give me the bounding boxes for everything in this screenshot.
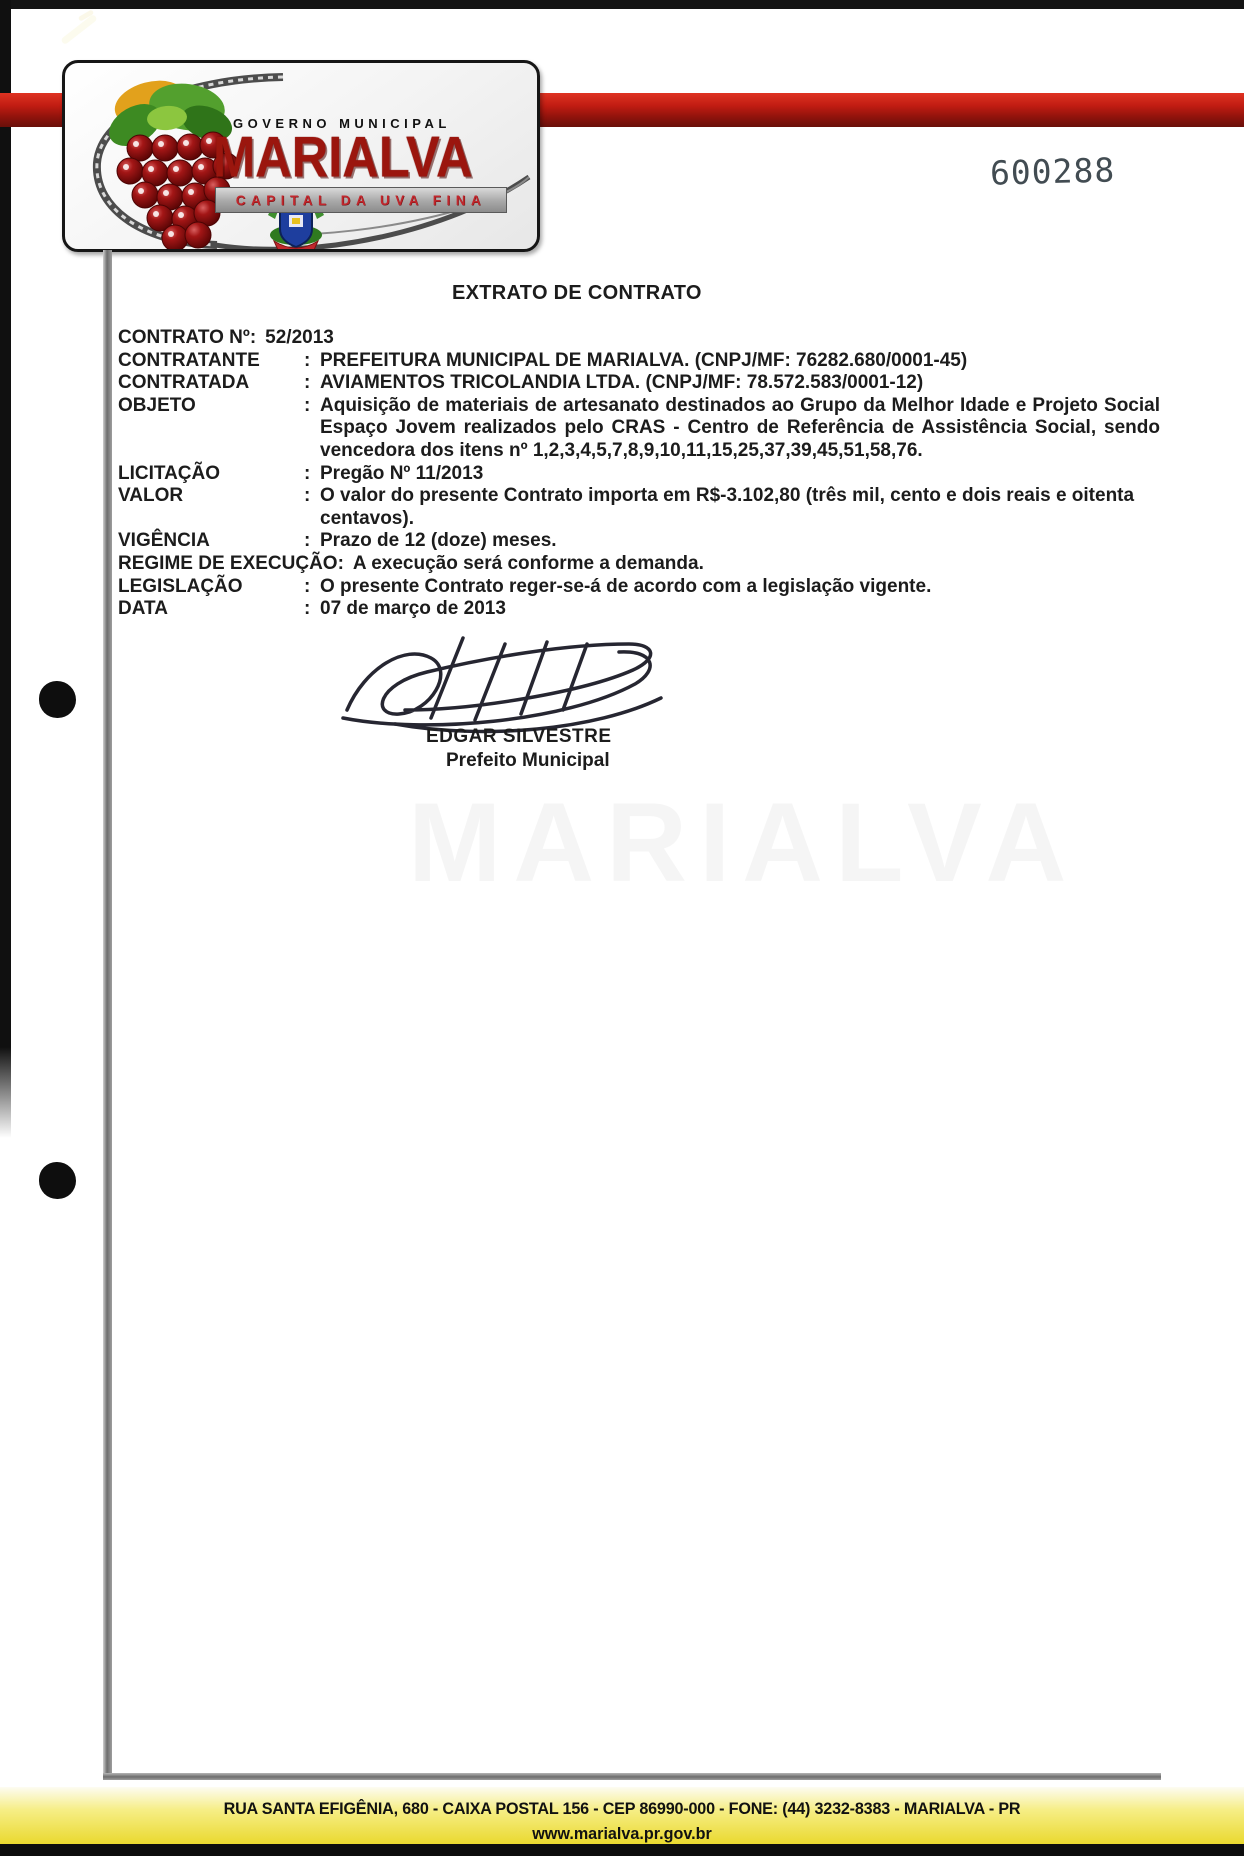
- row-contratante: CONTRATANTE : PREFEITURA MUNICIPAL DE MA…: [118, 350, 1160, 373]
- row-contrato-numero: CONTRATO Nº: 52/2013: [118, 327, 1160, 350]
- hole-punch-mark: [39, 681, 76, 718]
- row-regime-execucao: REGIME DE EXECUÇÃO: A execução será conf…: [118, 553, 1160, 576]
- logo-city-name: MARIALVA: [213, 123, 489, 190]
- page-title: EXTRATO DE CONTRATO: [452, 282, 702, 305]
- field-value: PREFEITURA MUNICIPAL DE MARIALVA. (CNPJ/…: [320, 350, 1160, 373]
- hole-punch-mark: [39, 1162, 76, 1199]
- field-colon: :: [304, 530, 320, 553]
- field-label: CONTRATO Nº:: [118, 327, 256, 350]
- row-objeto: OBJETO : Aquisição de materiais de artes…: [118, 395, 1160, 463]
- scanned-contract-page: GOVERNO MUNICIPAL MARIALVA CAPITAL DA UV…: [0, 0, 1244, 1856]
- scan-edge-left: [0, 0, 11, 1138]
- page-frame-bottom-line: [103, 1773, 1161, 1780]
- scan-edge-bottom: [0, 1844, 1244, 1856]
- field-colon: :: [304, 485, 320, 508]
- field-colon: :: [304, 350, 320, 373]
- logo-tagline: CAPITAL DA UVA FINA: [236, 193, 487, 208]
- field-value: O valor do presente Contrato importa em …: [320, 485, 1160, 530]
- field-label: CONTRATADA: [118, 372, 304, 395]
- row-licitacao: LICITAÇÃO : Pregão Nº 11/2013: [118, 463, 1160, 486]
- marialva-logo: GOVERNO MUNICIPAL MARIALVA CAPITAL DA UV…: [62, 60, 540, 252]
- field-value: A execução será conforme a demanda.: [353, 553, 1160, 576]
- field-colon: :: [304, 372, 320, 395]
- field-colon: :: [304, 598, 320, 621]
- row-contratada: CONTRATADA : AVIAMENTOS TRICOLANDIA LTDA…: [118, 372, 1160, 395]
- footer-website: www.marialva.pr.gov.br: [31, 1824, 1213, 1844]
- row-valor: VALOR : O valor do presente Contrato imp…: [118, 485, 1160, 530]
- signer-role: Prefeito Municipal: [446, 750, 610, 772]
- signer-name: EDGAR SILVESTRE: [426, 726, 612, 748]
- field-label: DATA: [118, 598, 304, 621]
- field-value: AVIAMENTOS TRICOLANDIA LTDA. (CNPJ/MF: 7…: [320, 372, 1160, 395]
- logo-tagline-banner: CAPITAL DA UVA FINA: [215, 187, 507, 213]
- stamp-number: 600288: [990, 150, 1116, 192]
- footer-phone: FONE: (44) 3232-8383: [729, 1799, 890, 1818]
- contract-fields: CONTRATO Nº: 52/2013 CONTRATANTE : PREFE…: [118, 327, 1160, 621]
- field-label: CONTRATANTE: [118, 350, 304, 373]
- field-value: Pregão Nº 11/2013: [320, 463, 1160, 486]
- coat-of-arms-icon: [268, 207, 324, 252]
- field-colon: :: [304, 463, 320, 486]
- field-value: Prazo de 12 (doze) meses.: [320, 530, 1160, 553]
- field-label: VIGÊNCIA: [118, 530, 304, 553]
- field-value: Aquisição de materiais de artesanato des…: [320, 395, 1160, 463]
- watermark: MARIALVA: [408, 778, 1048, 907]
- field-label: LEGISLAÇÃO: [118, 576, 304, 599]
- field-label: REGIME DE EXECUÇÃO:: [118, 553, 344, 576]
- field-value: O presente Contrato reger-se-á de acordo…: [320, 576, 1160, 599]
- scan-edge-top: [0, 0, 1244, 9]
- page-frame-left-line: [103, 250, 112, 1780]
- field-label: VALOR: [118, 485, 304, 508]
- field-label: OBJETO: [118, 395, 304, 418]
- field-label: LICITAÇÃO: [118, 463, 304, 486]
- footer-address-prefix: RUA SANTA EFIGÊNIA, 680 - CAIXA POSTAL 1…: [224, 1799, 729, 1818]
- row-legislacao: LEGISLAÇÃO : O presente Contrato reger-s…: [118, 576, 1160, 599]
- field-colon: :: [304, 576, 320, 599]
- field-colon: :: [304, 395, 320, 418]
- footer-address: RUA SANTA EFIGÊNIA, 680 - CAIXA POSTAL 1…: [31, 1799, 1213, 1819]
- footer-address-suffix: - MARIALVA - PR: [890, 1799, 1020, 1818]
- row-vigencia: VIGÊNCIA : Prazo de 12 (doze) meses.: [118, 530, 1160, 553]
- field-value: 52/2013: [265, 327, 1160, 350]
